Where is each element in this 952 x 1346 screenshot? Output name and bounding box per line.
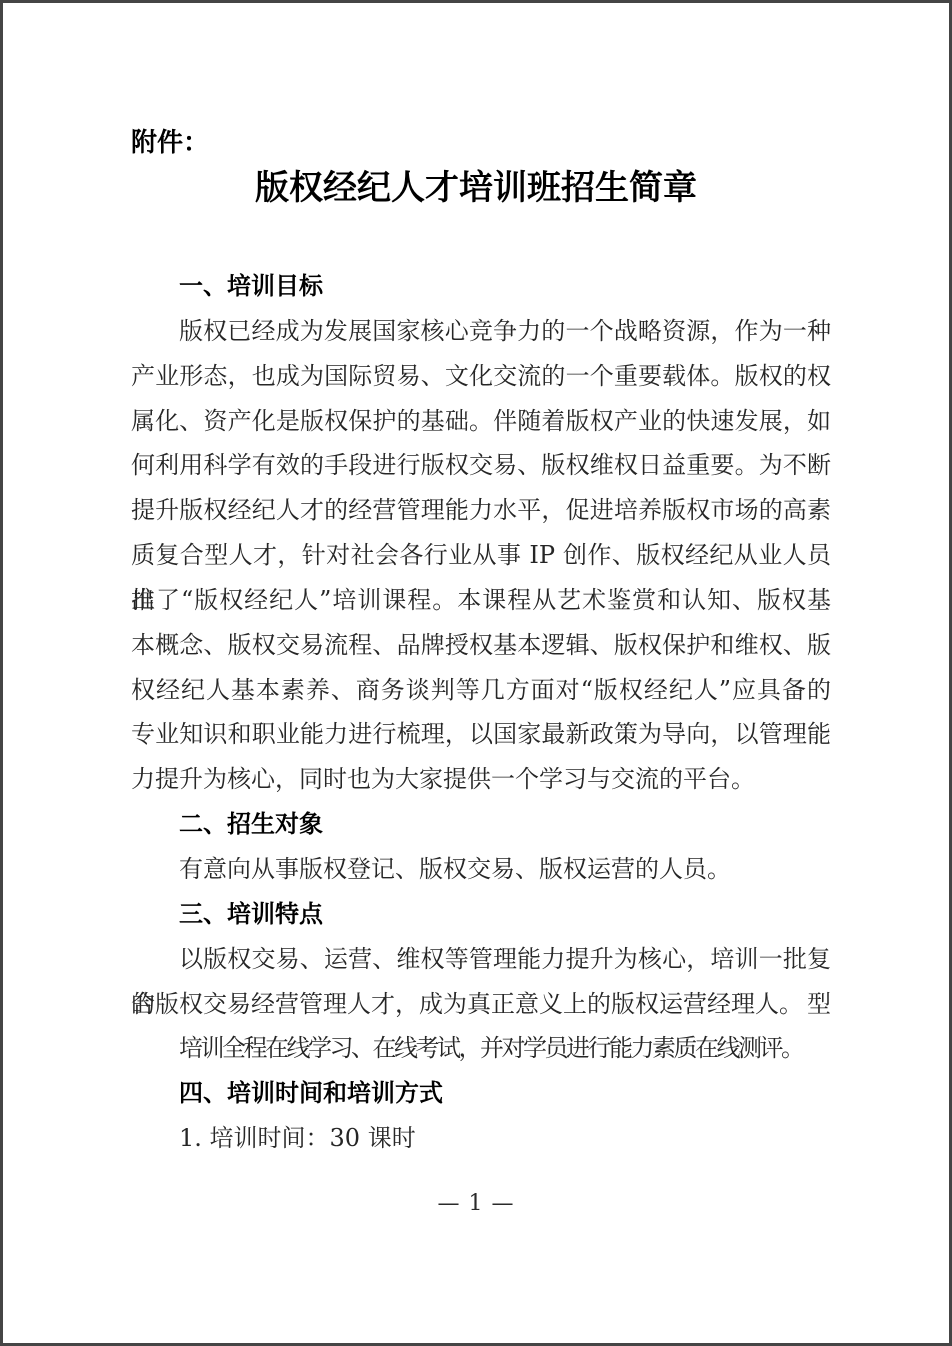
paragraph-line: 出了“版权经纪人”培训课程。本课程从艺术鉴赏和认知、版权基 <box>131 578 831 623</box>
paragraph-line: 属化、资产化是版权保护的基础。伴随着版权产业的快速发展，如 <box>131 399 831 444</box>
paragraph-line: 以版权交易、运营、维权等管理能力提升为核心，培训一批复合型 <box>131 937 831 982</box>
page-number: — 1 — <box>3 1189 949 1219</box>
section-heading-training-features: 三、培训特点 <box>131 892 831 937</box>
paragraph-line: 力提升为核心，同时也为大家提供一个学习与交流的平台。 <box>131 757 831 802</box>
paragraph-line: 产业形态，也成为国际贸易、文化交流的一个重要载体。版权的权 <box>131 354 831 399</box>
paragraph-line: 版权已经成为发展国家核心竞争力的一个战略资源，作为一种 <box>131 309 831 354</box>
paragraph-line: 本概念、版权交易流程、品牌授权基本逻辑、版权保护和维权、版 <box>131 623 831 668</box>
paragraph-line: 提升版权经纪人才的经营管理能力水平，促进培养版权市场的高素 <box>131 488 831 533</box>
paragraph-line: 专业知识和职业能力进行梳理，以国家最新政策为导向，以管理能 <box>131 712 831 757</box>
document-page: 附件： 版权经纪人才培训班招生简章 一、培训目标 版权已经成为发展国家核心竞争力… <box>0 0 952 1346</box>
paragraph-line: 有意向从事版权登记、版权交易、版权运营的人员。 <box>131 847 831 892</box>
paragraph-line: 何利用科学有效的手段进行版权交易、版权维权日益重要。为不断 <box>131 443 831 488</box>
attachment-label: 附件： <box>131 127 209 159</box>
document-body: 一、培训目标 版权已经成为发展国家核心竞争力的一个战略资源，作为一种 产业形态，… <box>131 264 831 1161</box>
section-heading-training-schedule: 四、培训时间和培训方式 <box>131 1071 831 1116</box>
paragraph-line: 权经纪人基本素养、商务谈判等几方面对“版权经纪人”应具备的 <box>131 668 831 713</box>
section-heading-training-goals: 一、培训目标 <box>131 264 831 309</box>
document-title: 版权经纪人才培训班招生简章 <box>3 165 949 211</box>
training-duration-line: 1. 培训时间：30 课时 <box>131 1116 831 1161</box>
paragraph-line: 质复合型人才，针对社会各行业从事 IP 创作、版权经纪从业人员推 <box>131 533 831 578</box>
paragraph-line: 的版权交易经营管理人才，成为真正意义上的版权运营经理人。 <box>131 982 831 1027</box>
section-heading-enrollment-targets: 二、招生对象 <box>131 802 831 847</box>
paragraph-line: 培训全程在线学习、在线考试，并对学员进行能力素质在线测评。 <box>131 1026 831 1071</box>
